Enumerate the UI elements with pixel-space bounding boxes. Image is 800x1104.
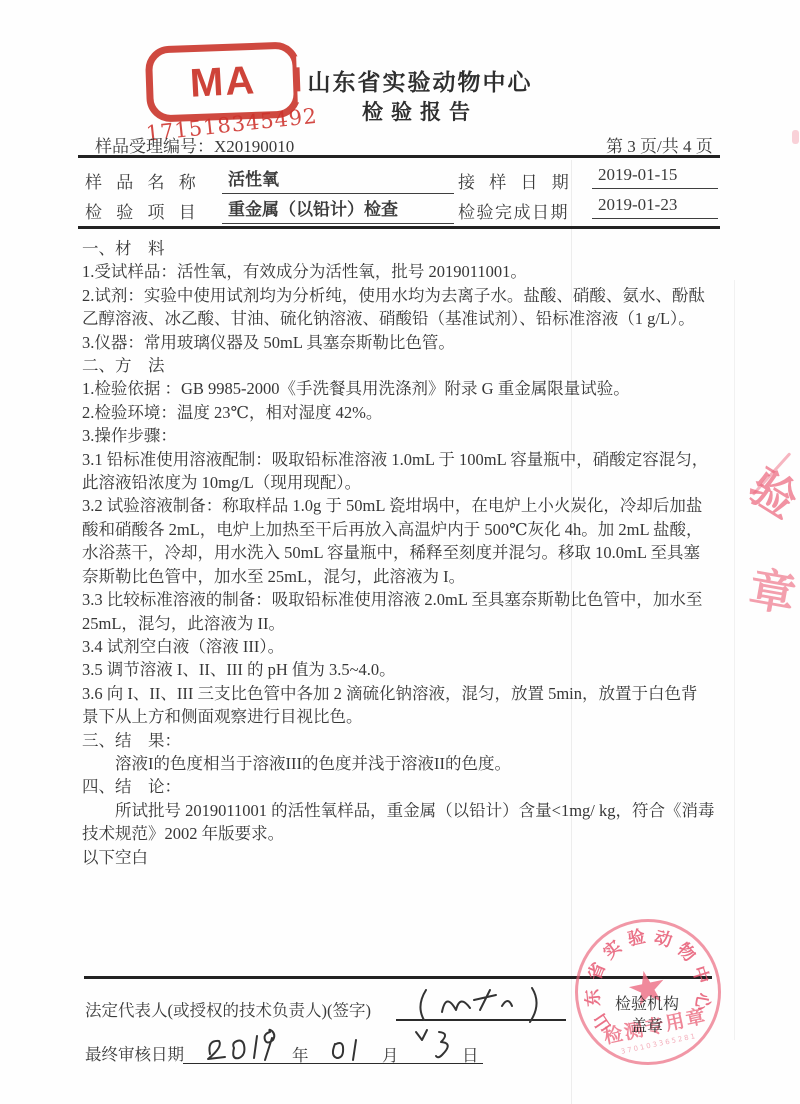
body-line: 3.操作步骤： (82, 424, 726, 447)
body-line: 奈斯勒比色管中，加水至 25mL，混匀，此溶液为 I。 (82, 565, 726, 588)
scan-crease-right (734, 280, 735, 1040)
body-line: 乙醇溶液、冰乙酸、甘油、硫化钠溶液、硝酸铅（基准试剂）、铅标准溶液（1 g/L）… (82, 307, 726, 330)
receive-date-label: 接 样 日 期 (458, 168, 574, 193)
page-indicator: 第 3 页/共 4 页 (606, 132, 713, 157)
handwritten-year (202, 1026, 292, 1066)
conclusion-statement: 所试批号 2019011001 的活性氧样品，重金属（以铅计）含量<1mg/ k… (82, 799, 726, 822)
edge-ink-mark (792, 130, 799, 144)
agency-caption-line1: 检验机构 (602, 994, 692, 1016)
edge-stamp-fragment: 验 章 (744, 452, 800, 644)
body-line: 3.仪器：常用玻璃仪器及 50mL 具塞奈斯勒比色管。 (82, 331, 726, 354)
test-item-label: 检 验 项 目 (85, 198, 201, 223)
header-rule-top (78, 155, 720, 158)
body-line: 酸和硝酸各 2mL，电炉上加热至干后再放入高温炉内于 500℃灰化 4h。加 2… (82, 518, 726, 541)
header-rule-bottom (78, 226, 720, 229)
sample-acceptance-number: 样品受理编号：X20190010 (95, 132, 294, 157)
organization-title: 山东省实验动物中心 (250, 64, 590, 97)
month-unit: 月 (382, 1042, 399, 1066)
result-statement: 溶液I的色度相当于溶液III的色度并浅于溶液II的色度。 (82, 752, 726, 775)
conclusion-statement-cont: 技术规范》2002 年版要求。 (82, 822, 726, 845)
body-line: 水浴蒸干，冷却，用水洗入 50mL 容量瓶中，稀释至刻度并混匀。移取 10.0m… (82, 541, 726, 564)
sample-no-value: X20190010 (214, 137, 294, 156)
edge-stamp-char: 章 (745, 553, 800, 626)
handwritten-signature (408, 984, 568, 1024)
blank-below-note: 以下空白 (82, 846, 726, 869)
body-line: 25mL，混匀，此溶液为 II。 (82, 612, 726, 635)
legal-representative-label: 法定代表人(或授权的技术负责人)(签字) (85, 997, 371, 1021)
sample-no-label: 样品受理编号： (95, 137, 214, 156)
handwritten-day (412, 1026, 462, 1064)
inspection-agency-seal: 山 东 省 实 验 动 物 中 心 ★ 检测专用章 370103365281 (561, 905, 734, 1078)
body-line: 2.试剂：实验中使用试剂均为分析纯，使用水均为去离子水。盐酸、硝酸、氨水、酚酞 (82, 284, 726, 307)
body-line: 3.4 试剂空白液（溶液 III）。 (82, 635, 726, 658)
year-unit: 年 (292, 1042, 309, 1066)
body-line: 3.2 试验溶液制备：称取样品 1.0g 于 50mL 瓷坩埚中，在电炉上小火炭… (82, 494, 726, 517)
body-line: 2.检验环境：温度 23℃，相对湿度 42%。 (82, 401, 726, 424)
body-line: 此溶液铅浓度为 10mg/L（现用现配）。 (82, 471, 726, 494)
body-line: 景下从上方和侧面观察进行目视比色。 (82, 705, 726, 728)
report-page: MA 171518345492 山东省实验动物中心 检验报告 样品受理编号：X2… (0, 0, 800, 1104)
section-heading-materials: 一、材 料 (82, 237, 726, 260)
sample-name-label: 样 品 名 称 (85, 168, 201, 193)
body-line: 3.3 比较标准溶液的制备：吸取铅标准使用溶液 2.0mL 至具塞奈斯勒比色管中… (82, 588, 726, 611)
complete-date-value: 2019-01-23 (592, 195, 718, 219)
day-unit: 日 (462, 1042, 479, 1066)
report-body: 一、材 料 1.受试样品：活性氧，有效成分为活性氧，批号 2019011001。… (82, 237, 726, 869)
agency-caption-line2: 盖章 (602, 1016, 692, 1038)
body-line: 1.受试样品：活性氧，有效成分为活性氧，批号 2019011001。 (82, 260, 726, 283)
final-review-date-label: 最终审核日期 (85, 1041, 184, 1065)
report-title: 检验报告 (250, 96, 590, 126)
body-line: 1.检验依据 ：GB 9985-2000《手洗餐具用洗涤剂》附录 G 重金属限量… (82, 377, 726, 400)
edge-stamp-char: 验 (744, 452, 800, 531)
section-heading-methods: 二、方 法 (82, 354, 726, 377)
body-line: 3.6 向 I、II、III 三支比色管中各加 2 滴硫化钠溶液，混匀，放置 5… (82, 682, 726, 705)
test-item-value: 重金属（以铅计）检查 (222, 195, 454, 224)
section-heading-results: 三、结 果： (82, 729, 726, 752)
receive-date-value: 2019-01-15 (592, 165, 718, 189)
complete-date-label: 检验完成日期 (458, 198, 569, 223)
body-line: 3.1 铅标准使用溶液配制：吸取铅标准溶液 1.0mL 于 100mL 容量瓶中… (82, 448, 726, 471)
body-line: 3.5 调节溶液 I、II、III 的 pH 值为 3.5~4.0。 (82, 658, 726, 681)
sample-name-value: 活性氧 (222, 165, 454, 194)
section-heading-conclusion: 四、结 论： (82, 775, 726, 798)
agency-seal-caption: 检验机构 盖章 (602, 994, 692, 1038)
handwritten-month (326, 1034, 368, 1064)
